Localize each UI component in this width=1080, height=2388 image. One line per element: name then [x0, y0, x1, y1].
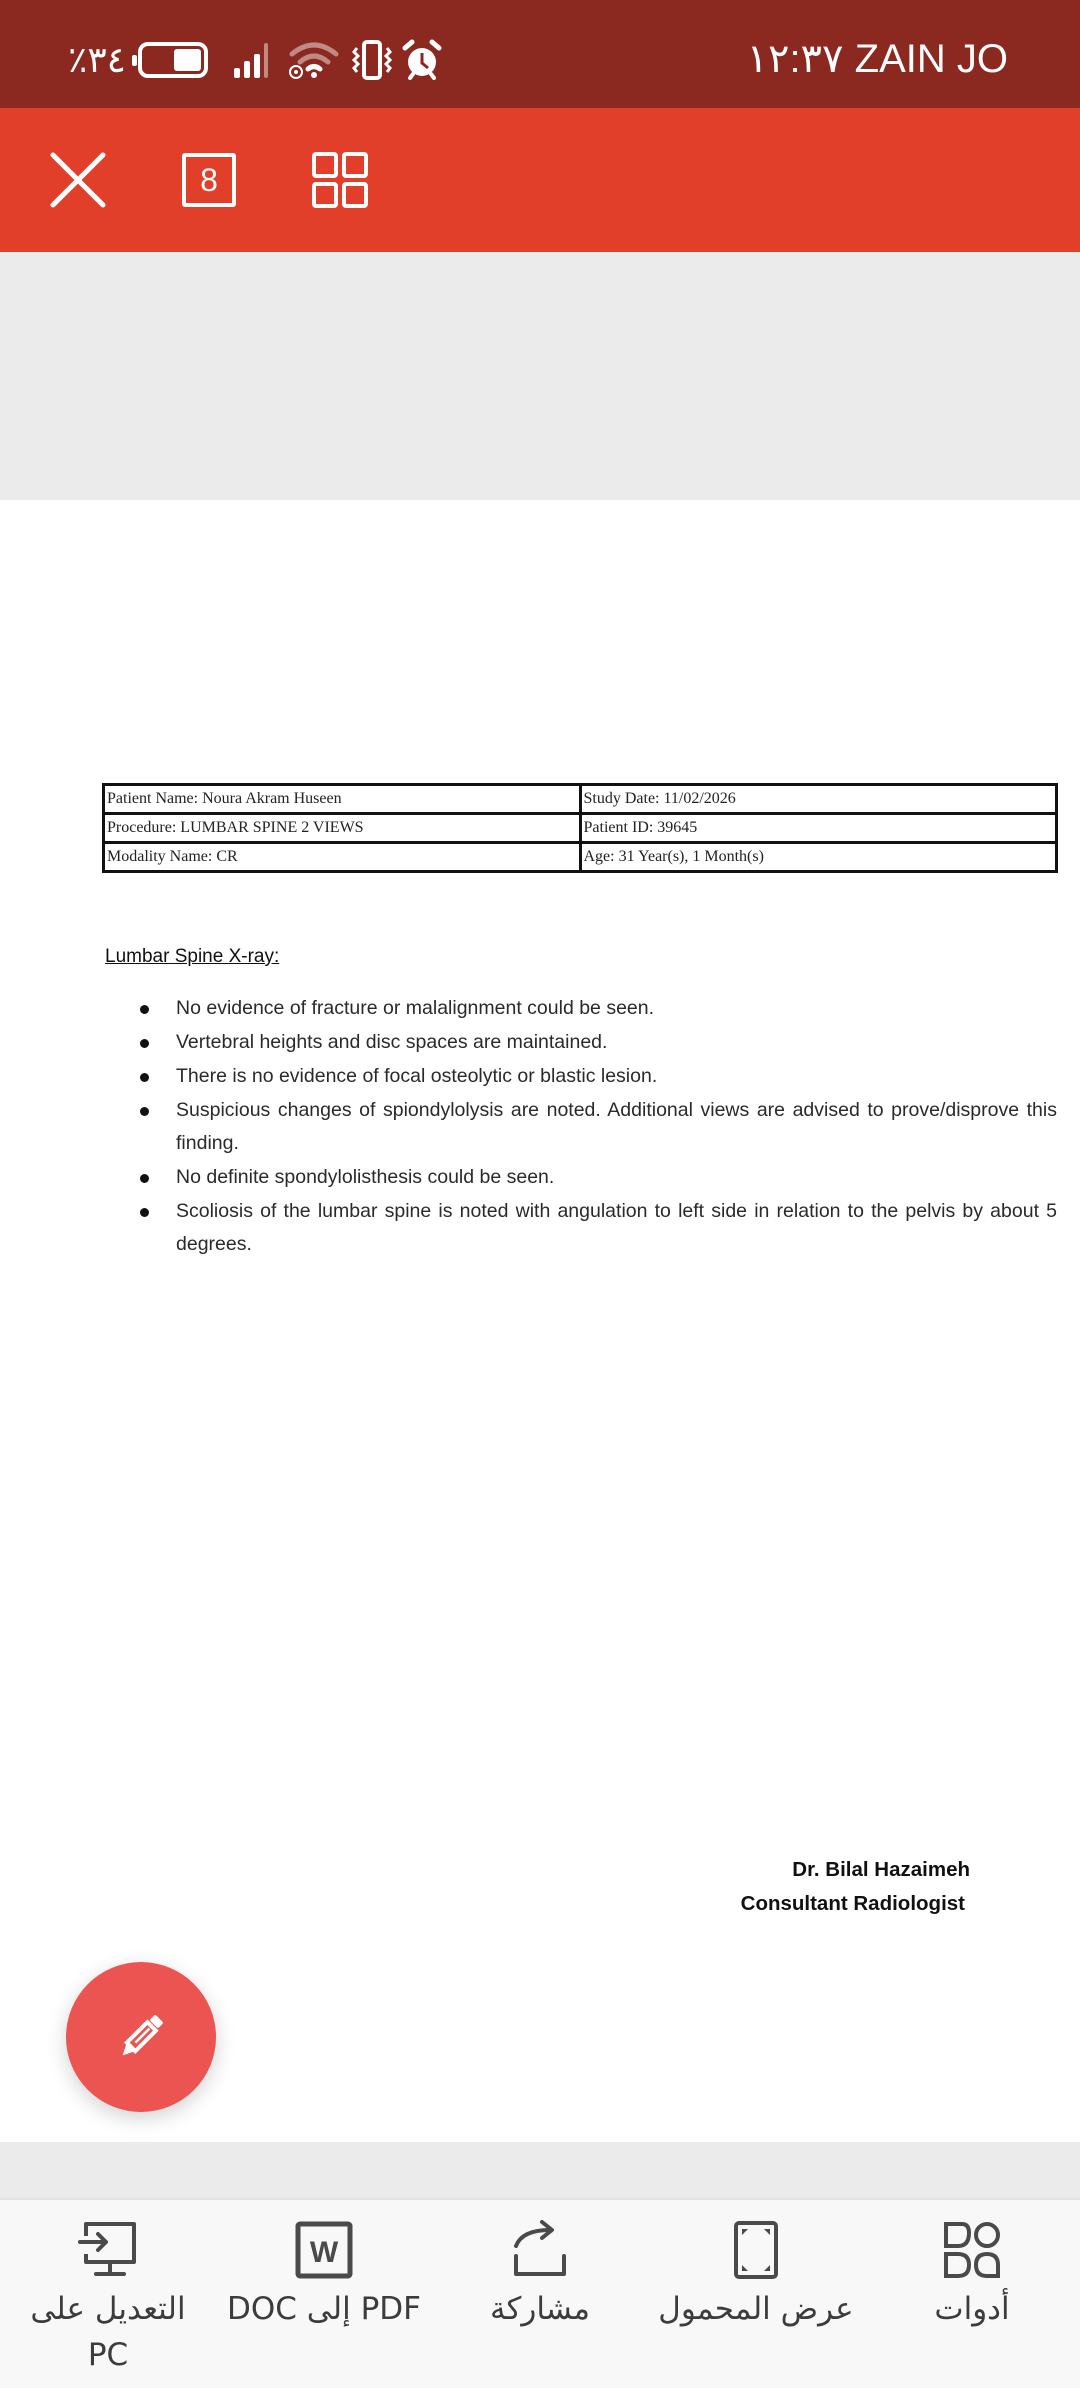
svg-text:W: W: [310, 2236, 339, 2269]
wifi-hotspot-icon: [286, 38, 342, 82]
finding-item: Scoliosis of the lumbar spine is noted w…: [105, 1195, 1057, 1261]
nav-label: عرض المحمول: [658, 2286, 853, 2332]
document-viewer-background: [0, 252, 1080, 500]
nav-label: مشاركة: [490, 2286, 590, 2332]
word-doc-icon: W: [294, 2220, 354, 2280]
status-indicators: ٪٣٤: [68, 38, 442, 82]
info-table-cell: Patient Name: Noura Akram Huseen: [104, 785, 581, 814]
share-icon: [510, 2220, 570, 2280]
tools-icon: [942, 2220, 1002, 2280]
alarm-icon: [402, 38, 442, 82]
finding-item: No evidence of fracture or malalignment …: [105, 992, 1057, 1025]
grid-view-icon: [311, 151, 369, 209]
nav-label: التعديل على PC: [8, 2286, 208, 2378]
bottom-nav: التعديل على PC W PDF إلى DOC مشاركة عرض …: [0, 2198, 1080, 2388]
nav-tools[interactable]: أدوات: [864, 2200, 1080, 2388]
top-toolbar: 8: [0, 108, 1080, 252]
page-count-button[interactable]: 8: [177, 148, 241, 212]
nav-mobile-view[interactable]: عرض المحمول: [648, 2200, 864, 2388]
info-table-row: Procedure: LUMBAR SPINE 2 VIEWSPatient I…: [104, 814, 1057, 843]
clock: ١٢:٣٧: [746, 37, 843, 81]
close-button[interactable]: [46, 148, 110, 212]
mobile-view-icon: [726, 2220, 786, 2280]
edit-fab-button[interactable]: [66, 1962, 216, 2112]
nav-label: PDF إلى DOC: [227, 2286, 421, 2332]
finding-item: There is no evidence of focal osteolytic…: [105, 1060, 1057, 1093]
info-table-cell: Modality Name: CR: [104, 843, 581, 872]
info-table-cell: Study Date: 11/02/2026: [580, 785, 1057, 814]
clock-carrier: ١٢:٣٧ ZAIN JO: [746, 36, 1008, 82]
battery-percent: ٪٣٤: [68, 40, 126, 81]
battery-icon: [138, 42, 208, 78]
report-body: Lumbar Spine X-ray: No evidence of fract…: [105, 946, 1057, 1262]
signature-block: Dr. Bilal Hazaimeh Consultant Radiologis…: [741, 1853, 970, 1921]
pencil-icon: [109, 2005, 173, 2069]
finding-item: Suspicious changes of spiondylolysis are…: [105, 1094, 1057, 1160]
patient-info-table: Patient Name: Noura Akram HuseenStudy Da…: [102, 783, 1058, 873]
close-icon: [48, 150, 108, 210]
finding-item: No definite spondylolisthesis could be s…: [105, 1161, 1057, 1194]
nav-pdf-to-doc[interactable]: W PDF إلى DOC: [216, 2200, 432, 2388]
info-table-cell: Patient ID: 39645: [580, 814, 1057, 843]
nav-edit-on-pc[interactable]: التعديل على PC: [0, 2200, 216, 2388]
info-table-row: Patient Name: Noura Akram HuseenStudy Da…: [104, 785, 1057, 814]
monitor-import-icon: [78, 2220, 138, 2280]
radiologist-title: Consultant Radiologist: [741, 1887, 965, 1921]
battery-fill: [174, 49, 201, 71]
grid-view-button[interactable]: [308, 148, 372, 212]
viewer-bottom-gap: [0, 2142, 1080, 2198]
vibrate-icon: [352, 38, 392, 82]
report-heading: Lumbar Spine X-ray:: [105, 946, 1057, 968]
nav-share[interactable]: مشاركة: [432, 2200, 648, 2388]
info-table-row: Modality Name: CRAge: 31 Year(s), 1 Mont…: [104, 843, 1057, 872]
status-bar: ٪٣٤: [0, 0, 1080, 108]
info-table-cell: Age: 31 Year(s), 1 Month(s): [580, 843, 1057, 872]
page-count-badge: 8: [182, 153, 236, 207]
nav-label: أدوات: [934, 2286, 1009, 2332]
info-table-cell: Procedure: LUMBAR SPINE 2 VIEWS: [104, 814, 581, 843]
radiologist-name: Dr. Bilal Hazaimeh: [741, 1853, 970, 1887]
findings-list: No evidence of fracture or malalignment …: [105, 992, 1057, 1261]
finding-item: Vertebral heights and disc spaces are ma…: [105, 1026, 1057, 1059]
document-page[interactable]: Patient Name: Noura Akram HuseenStudy Da…: [0, 500, 1080, 2142]
signal-icon: [232, 40, 276, 80]
carrier-name: ZAIN JO: [855, 37, 1008, 81]
